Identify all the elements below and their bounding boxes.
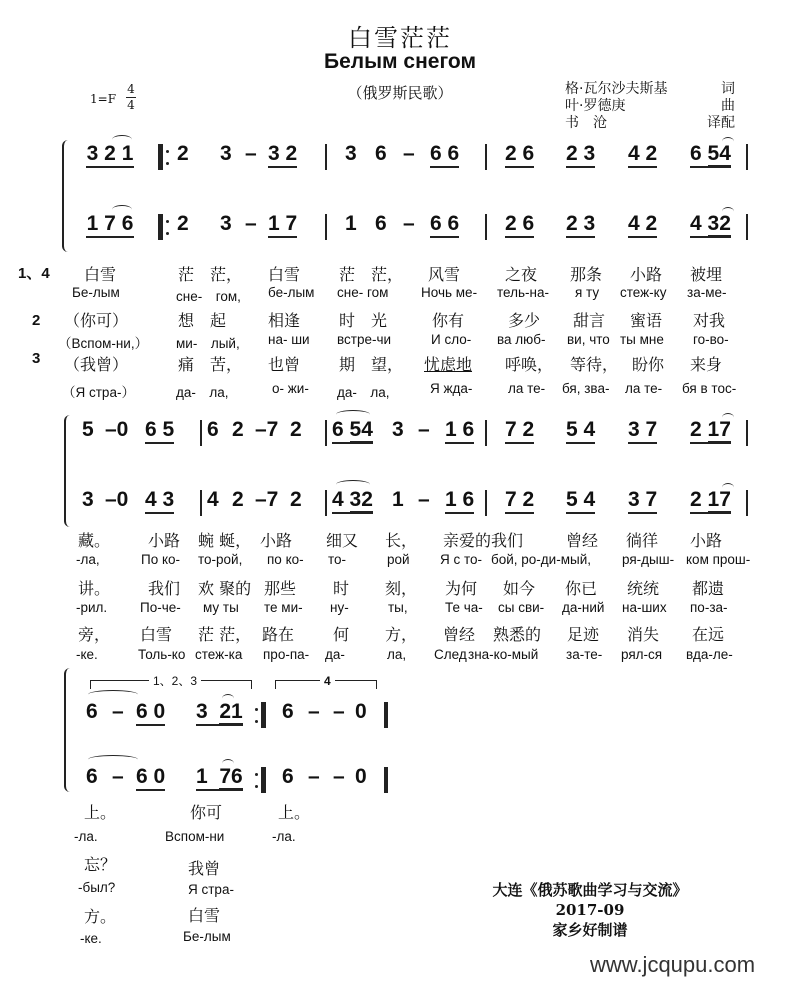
barline — [325, 144, 327, 170]
lyric: 白雪 — [268, 262, 300, 285]
barline — [325, 420, 327, 446]
lyric-ru: рой — [387, 552, 410, 567]
song-title-russian: Белым снегом — [0, 50, 800, 74]
barline — [746, 420, 748, 446]
lyric-ru: сы сви- — [498, 600, 544, 615]
credits: 格·瓦尔沙夫斯基词 叶·罗德庚曲 书 沧译配 — [565, 81, 735, 132]
lyric-ru: И сло- — [431, 332, 471, 347]
lyric: 等待， — [570, 352, 618, 375]
note-group: 4 32 — [332, 488, 373, 514]
footer-date: 2017-09 — [380, 900, 800, 920]
note-group: 2 6 — [505, 142, 534, 168]
note-group: 1 6 — [445, 488, 474, 514]
lyric-ru: ва люб- — [497, 332, 546, 347]
dash: – — [418, 418, 430, 442]
song-title-chinese: 白雪茫茫 — [0, 18, 800, 53]
lyric: 旁， — [78, 622, 110, 645]
slur — [722, 483, 734, 492]
lyric: （你可） — [64, 308, 128, 331]
lyric-ru: -ла. — [74, 829, 98, 844]
lyric-ru: встре-чи — [337, 332, 391, 347]
note-group: 3 21 — [196, 700, 243, 726]
footer-source: 大连《俄苏歌曲学习与交流》 — [380, 880, 800, 900]
repeat-dot — [166, 150, 169, 153]
lyric: 来身 — [690, 352, 722, 375]
lyric-ru: про-па- — [263, 647, 309, 662]
note-group: 2 6 — [505, 212, 534, 238]
lyric-ru: да- ла, — [176, 381, 229, 401]
note-group: 3 7 — [628, 418, 657, 444]
lyric-ru: по ко- — [267, 552, 304, 567]
lyric-ru: ты, — [388, 600, 408, 615]
lyric: 方， — [385, 622, 417, 645]
note-group: 1 6 — [445, 418, 474, 444]
note-group: 5 4 — [566, 418, 595, 444]
dash: – — [308, 700, 320, 724]
lyric: 对我 — [693, 308, 725, 331]
lyric: 也曾 — [268, 352, 300, 375]
lyric: 白雪 — [84, 262, 116, 285]
slur — [112, 135, 132, 144]
lyric: 那些 — [264, 576, 296, 599]
note-group: 3 2 — [268, 142, 297, 168]
lyric: 呼唤， — [505, 352, 553, 375]
lyric: 藏。 — [78, 528, 110, 551]
barline — [485, 420, 487, 446]
lyric: 长， — [385, 528, 417, 551]
staff-system-3-lower: 6 – 6 0 1 76 6 – – 0 — [0, 765, 800, 795]
lyric-ru: бой, ро-ди-мый, — [491, 552, 591, 567]
dash: – — [112, 700, 124, 724]
note: 3 — [220, 212, 232, 236]
repeat-dot — [166, 232, 169, 235]
note-group: 6 0 — [136, 765, 165, 791]
lyric-ru: Толь-ко — [138, 647, 185, 662]
lyric: 消失 — [627, 622, 659, 645]
lyric: 在远 — [692, 622, 724, 645]
note-group: 6 5 — [145, 418, 174, 444]
note: 0 — [355, 700, 367, 724]
lyric-ru: ла те- — [508, 381, 545, 396]
credit-composer: 叶·罗德庚曲 — [565, 98, 735, 115]
lyric-ru: Бе-лым — [72, 285, 120, 300]
note: –0 — [105, 418, 128, 442]
lyric-ru: -был? — [78, 880, 115, 895]
lyric-ru: -ке. — [76, 647, 98, 662]
note: 2 — [177, 212, 189, 236]
lyric-ru: му ты — [203, 600, 239, 615]
note: 2 — [290, 488, 302, 512]
final-barline — [384, 702, 388, 728]
repeat-dot — [255, 708, 258, 711]
note: –7 — [255, 418, 278, 442]
note-group: 3 2 1 — [86, 142, 134, 168]
slur — [112, 205, 132, 214]
note: 3 — [220, 142, 232, 166]
lyric-ru: ну- — [330, 600, 349, 615]
lyric: 茫 茫， — [339, 262, 403, 285]
dash: – — [112, 765, 124, 789]
lyric: 白雪 — [188, 903, 220, 926]
dash: – — [403, 142, 415, 166]
verse-label: 3 — [32, 350, 40, 367]
repeat-dot — [166, 220, 169, 223]
lyric: 小路 — [260, 528, 292, 551]
note: 6 — [86, 700, 98, 724]
lyric: 何 — [333, 622, 349, 645]
lyric-ru: Я с то- — [440, 552, 482, 567]
lyric-ru: ми- лый, — [176, 332, 240, 352]
note-group: 4 3 — [145, 488, 174, 514]
lyric: 白雪 — [140, 622, 172, 645]
lyric: 你有 — [432, 308, 464, 331]
lyric-ru: ви, что — [567, 332, 610, 347]
credit-lyricist: 格·瓦尔沙夫斯基词 — [565, 81, 735, 98]
lyric-ru: ла, — [387, 647, 406, 662]
lyric-ru: ря-дыш- — [622, 552, 674, 567]
lyric-ru: Те ча- — [445, 600, 483, 615]
lyric: 欢 聚的 — [198, 576, 251, 599]
note: 2 — [232, 418, 244, 442]
lyric-ru: да- ла, — [337, 381, 390, 401]
barline — [200, 420, 202, 446]
lyric: 细又 — [326, 528, 358, 551]
note: 6 — [282, 765, 294, 789]
barline — [485, 144, 487, 170]
lyric-ru: -ла, — [76, 552, 100, 567]
lyric: 忧虑地 — [424, 352, 472, 375]
lyric: 如今 — [503, 576, 535, 599]
lyric: 熟悉的 — [493, 622, 541, 645]
note: 6 — [86, 765, 98, 789]
slur — [722, 137, 734, 146]
note: 6 — [282, 700, 294, 724]
key-signature: 1=F — [90, 92, 116, 106]
lyric-ru: Я жда- — [430, 381, 472, 396]
dash: – — [308, 765, 320, 789]
lyric: 蜿 蜒， — [198, 528, 251, 551]
slur — [336, 410, 370, 419]
lyric: 都遗 — [692, 576, 724, 599]
lyric-ru: Бе-лым — [183, 929, 231, 944]
lyric: 我们 — [148, 576, 180, 599]
lyric: 时 — [333, 576, 349, 599]
slur — [222, 694, 234, 703]
footer-credits: 大连《俄苏歌曲学习与交流》 2017-09 家乡好制谱 — [380, 880, 800, 940]
lyric: 亲爱的我们 — [443, 528, 523, 551]
lyric: 上。 — [278, 800, 310, 823]
repeat-start-barline — [158, 214, 163, 240]
slur — [722, 413, 734, 422]
note: 1 — [392, 488, 404, 512]
lyric: 你可 — [190, 800, 222, 823]
lyric-ru: （Я стра-） — [62, 381, 135, 401]
lyric-ru: за-ме- — [687, 285, 726, 300]
lyric-ru: Я стра- — [188, 882, 234, 897]
barline — [485, 214, 487, 240]
lyric-ru: за-те- — [566, 647, 602, 662]
lyric-ru: те ми- — [264, 600, 303, 615]
lyric-ru: бя, зва- — [562, 381, 609, 396]
note: 6 — [207, 418, 219, 442]
repeat-dot — [255, 720, 258, 723]
lyric-ru: По ко- — [141, 552, 180, 567]
slur — [336, 480, 370, 489]
volta-bracket-2: 4 — [275, 680, 377, 689]
lyric: 曾经 — [443, 622, 475, 645]
lyric: 你已 — [565, 576, 597, 599]
lyric: 方。 — [84, 904, 116, 927]
barline — [325, 490, 327, 516]
repeat-end-barline — [261, 767, 266, 793]
note-group: 2 3 — [566, 212, 595, 238]
volta-bracket-1: 1、2、3 — [90, 680, 252, 689]
note-group: 1 7 — [268, 212, 297, 238]
tie — [88, 690, 138, 699]
credit-translator: 书 沧译配 — [565, 115, 735, 132]
lyric-ru: рял-ся — [621, 647, 662, 662]
note: 0 — [355, 765, 367, 789]
lyric-ru: По-че- — [140, 600, 181, 615]
note: 6 — [375, 142, 387, 166]
lyric: 小路 — [630, 262, 662, 285]
lyric-ru: вда-ле- — [686, 647, 733, 662]
volta-label: 4 — [320, 674, 335, 688]
lyric: 之夜 — [505, 262, 537, 285]
lyric: 期 望， — [339, 352, 403, 375]
lyric-ru: то- — [328, 552, 346, 567]
repeat-dot — [166, 162, 169, 165]
dash: – — [333, 700, 345, 724]
note-group: 4 2 — [628, 142, 657, 168]
note: 3 — [345, 142, 357, 166]
staff-system-2-upper: 5 –0 6 5 6 2 –7 2 6 54 3 – 1 6 7 2 5 4 3… — [0, 418, 800, 448]
lyric: 相逢 — [268, 308, 300, 331]
dash: – — [403, 212, 415, 236]
barline — [325, 214, 327, 240]
slur — [722, 207, 734, 216]
lyric: 那条 — [570, 262, 602, 285]
lyric-ru: да-ний — [562, 600, 604, 615]
note: 2 — [232, 488, 244, 512]
note-group: 7 2 — [505, 488, 534, 514]
volta-label: 1、2、3 — [149, 672, 201, 689]
lyric: 为何 — [445, 576, 477, 599]
lyric-ru: го-во- — [693, 332, 729, 347]
staff-system-3-upper: 6 – 6 0 3 21 6 – – 0 — [0, 700, 800, 730]
lyric-ru: бя в тос- — [682, 381, 736, 396]
time-signature: 4 4 — [126, 82, 136, 113]
lyric-ru: стеж-ку — [620, 285, 666, 300]
lyric: 想 起 — [178, 308, 226, 331]
lyric: 小路 — [148, 528, 180, 551]
lyric-ru: на- ши — [268, 332, 310, 347]
lyric-ru: я ту — [575, 285, 599, 300]
note: 3 — [392, 418, 404, 442]
note: 5 — [82, 418, 94, 442]
lyric: 忘？ — [84, 852, 116, 875]
lyric-ru: Ночь ме- — [421, 285, 477, 300]
lyric: 多少 — [508, 308, 540, 331]
lyric: 路在 — [262, 622, 294, 645]
final-barline — [384, 767, 388, 793]
note: 2 — [290, 418, 302, 442]
dash: – — [333, 765, 345, 789]
lyric-ru: След — [434, 647, 467, 662]
barline — [746, 144, 748, 170]
lyric: 刻， — [385, 576, 417, 599]
lyric: （我曾） — [64, 352, 128, 375]
staff-system-1-lower: 1 7 6 2 3 – 1 7 1 6 – 6 6 2 6 2 3 4 2 4 … — [0, 212, 800, 242]
time-top: 4 — [126, 82, 136, 97]
lyric: 茫 茫， — [198, 622, 251, 645]
repeat-dot — [255, 773, 258, 776]
lyric: 盼你 — [632, 352, 664, 375]
repeat-dot — [255, 785, 258, 788]
note-group: 3 7 — [628, 488, 657, 514]
lyric-ru: -рил. — [76, 600, 107, 615]
verse-label: 2 — [32, 312, 40, 329]
staff-system-2-lower: 3 –0 4 3 4 2 –7 2 4 32 1 – 1 6 7 2 5 4 3… — [0, 488, 800, 518]
verse-label: 1、4 — [18, 262, 50, 283]
lyric-ru: да- — [325, 647, 345, 662]
note: 3 — [82, 488, 94, 512]
dash: – — [245, 142, 257, 166]
note: 4 — [207, 488, 219, 512]
barline — [485, 490, 487, 516]
note-group: 6 54 — [332, 418, 373, 444]
lyric-ru: то-рой, — [198, 552, 242, 567]
lyric: 统统 — [627, 576, 659, 599]
lyric-ru: стеж-ка — [195, 647, 242, 662]
note-group: 7 2 — [505, 418, 534, 444]
lyric: 徜徉 — [626, 528, 658, 551]
slur — [222, 759, 234, 768]
lyric-ru: ты мне — [620, 332, 664, 347]
note-group: 4 2 — [628, 212, 657, 238]
lyric: 小路 — [690, 528, 722, 551]
lyric-ru: бе-лым — [268, 285, 314, 300]
repeat-end-barline — [261, 702, 266, 728]
note-group: 1 7 6 — [86, 212, 134, 238]
lyric: 痛 苦， — [178, 352, 242, 375]
dash: – — [418, 488, 430, 512]
note-group: 6 0 — [136, 700, 165, 726]
lyric: 风雪 — [428, 262, 460, 285]
note-group: 6 6 — [430, 212, 459, 238]
lyric: 曾经 — [566, 528, 598, 551]
lyric-ru: зна-ко-мый — [468, 647, 538, 662]
lyric-ru: -ке. — [80, 931, 102, 946]
lyric-ru: ком прош- — [686, 552, 750, 567]
repeat-start-barline — [158, 144, 163, 170]
note: –0 — [105, 488, 128, 512]
lyric-ru: на-ших — [622, 600, 667, 615]
note: 6 — [375, 212, 387, 236]
note-group: 5 4 — [566, 488, 595, 514]
barline — [746, 490, 748, 516]
lyric-ru: сне- гом — [337, 285, 388, 300]
lyric: 足迹 — [567, 622, 599, 645]
dash: – — [245, 212, 257, 236]
lyric-ru: о- жи- — [272, 381, 309, 396]
lyric-ru: по-за- — [690, 600, 728, 615]
lyric: 时 光 — [339, 308, 387, 331]
tie — [88, 755, 138, 764]
barline — [200, 490, 202, 516]
staff-system-1-upper: 3 2 1 2 3 – 3 2 3 6 – 6 6 2 6 2 3 4 2 6 … — [0, 142, 800, 172]
lyric: 甜言 — [573, 308, 605, 331]
lyric: 讲。 — [78, 576, 110, 599]
lyric-ru: тель-на- — [497, 285, 549, 300]
lyric-ru: сне- гом, — [176, 285, 241, 305]
lyric-ru: Вспом-ни — [165, 829, 224, 844]
lyric: 茫 茫， — [178, 262, 242, 285]
footer-transcriber: 家乡好制谱 — [380, 920, 800, 940]
lyric-ru: -ла. — [272, 829, 296, 844]
lyric: 上。 — [84, 800, 116, 823]
note: 2 — [177, 142, 189, 166]
note-group: 1 76 — [196, 765, 243, 791]
note: –7 — [255, 488, 278, 512]
lyric: 我曾 — [188, 856, 220, 879]
time-bottom: 4 — [126, 97, 136, 113]
note-group: 6 6 — [430, 142, 459, 168]
lyric: 蜜语 — [630, 308, 662, 331]
barline — [746, 214, 748, 240]
lyric-ru: （Вспом-ни,） — [58, 332, 148, 352]
note: 1 — [345, 212, 357, 236]
note-group: 2 3 — [566, 142, 595, 168]
site-watermark: www.jcqupu.com — [590, 952, 755, 978]
lyric-ru: ла те- — [625, 381, 662, 396]
lyric: 被埋 — [690, 262, 722, 285]
